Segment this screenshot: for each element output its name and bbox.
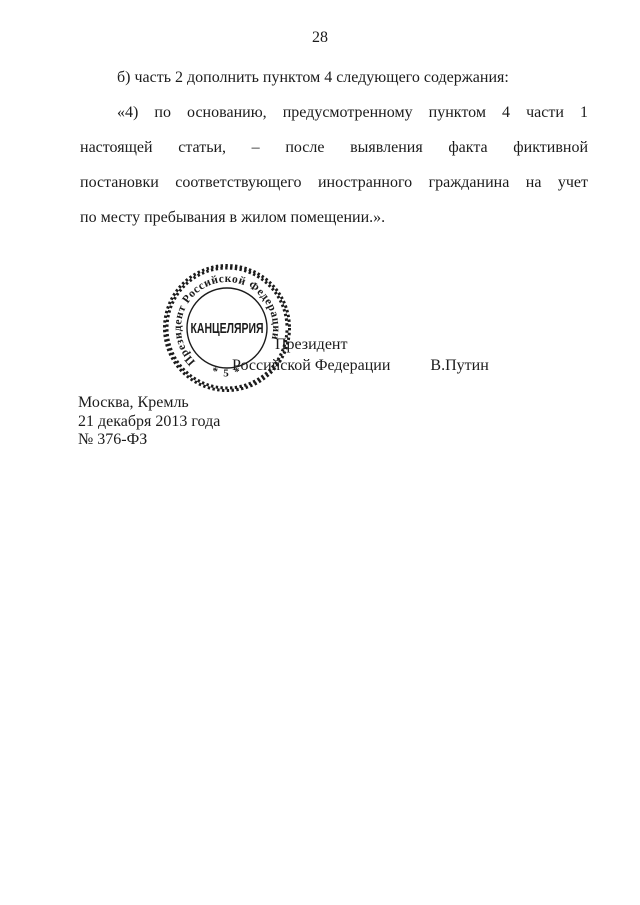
presidential-chancellery-stamp-icon: Президент Российской Федерации * 5 * КАН… bbox=[157, 258, 297, 398]
paragraph-b-line: б) часть 2 дополнить пунктом 4 следующег… bbox=[80, 60, 588, 95]
paragraph-4-line-2: настоящей статьи, – после выявления факт… bbox=[80, 130, 588, 165]
footer-law-number: № 376-ФЗ bbox=[78, 431, 220, 450]
svg-text:* 5 *: * 5 * bbox=[210, 365, 243, 379]
paragraph-4-line-1: «4) по основанию, предусмотренному пункт… bbox=[80, 95, 588, 130]
paragraph-4-line-4: по месту пребывания в жилом помещении.». bbox=[80, 200, 588, 235]
page-number: 28 bbox=[0, 29, 640, 47]
signature-name: В.Путин bbox=[430, 355, 488, 376]
document-page: 28 б) часть 2 дополнить пунктом 4 следую… bbox=[0, 0, 640, 905]
stamp-bottom-text: * 5 * bbox=[210, 365, 243, 379]
stamp-center-text: КАНЦЕЛЯРИЯ bbox=[191, 320, 264, 337]
body-text: б) часть 2 дополнить пунктом 4 следующег… bbox=[80, 60, 588, 235]
footer-date: 21 декабря 2013 года bbox=[78, 413, 220, 432]
paragraph-4-line-3: постановки соответствующего иностранного… bbox=[80, 165, 588, 200]
footer-block: Москва, Кремль 21 декабря 2013 года № 37… bbox=[78, 394, 220, 450]
